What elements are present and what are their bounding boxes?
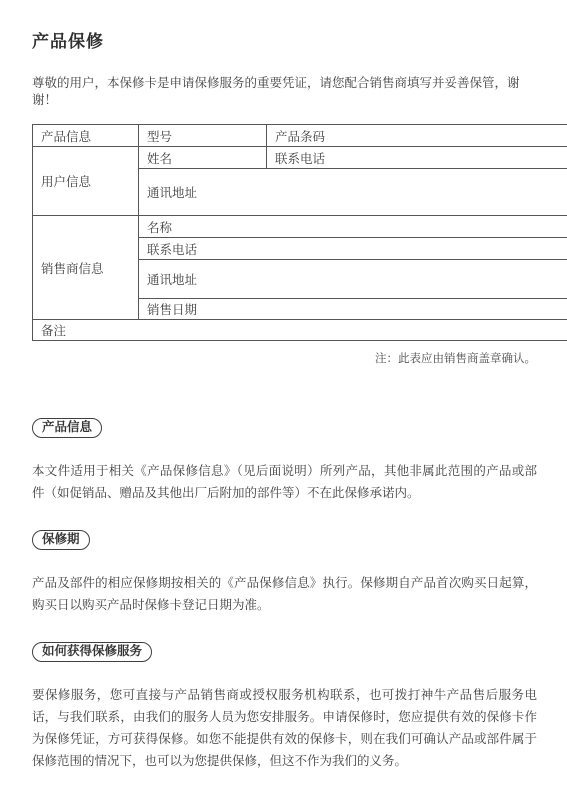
intro-text: 尊敬的用户，本保修卡是申请保修服务的重要凭证，请您配合销售商填写并妥善保管，谢谢… xyxy=(32,75,536,109)
page-title: 产品保修 xyxy=(32,32,536,52)
table-row-dealer-name: 销售商信息 名称 xyxy=(33,216,567,238)
cell-product-info-label: 产品信息 xyxy=(33,125,139,147)
cell-dealer-phone-label: 联系电话 xyxy=(139,238,567,260)
table-row-product: 产品信息 型号 产品条码 xyxy=(33,125,567,147)
section-heading-pill: 产品信息 xyxy=(32,418,102,438)
cell-user-address-label: 通讯地址 xyxy=(139,169,567,216)
section-heading-pill: 如何获得保修服务 xyxy=(32,642,152,662)
section-product-info: 产品信息 本文件适用于相关《产品保修信息》（见后面说明）所列产品，其他非属此范围… xyxy=(32,418,536,504)
table-row-remarks: 备注 xyxy=(33,320,567,341)
cell-user-phone-label: 联系电话 xyxy=(267,147,567,169)
cell-remarks-label: 备注 xyxy=(33,320,567,341)
cell-user-name-label: 姓名 xyxy=(139,147,267,169)
cell-model-label: 型号 xyxy=(139,125,267,147)
section-body-text: 要保修服务，您可直接与产品销售商或授权服务机构联系，也可拨打神牛产品售后服务电话… xyxy=(32,684,537,772)
section-body-text: 产品及部件的相应保修期按相关的《产品保修信息》执行。保修期自产品首次购买日起算，… xyxy=(32,572,537,616)
section-heading-pill: 保修期 xyxy=(32,530,90,550)
cell-dealer-name-label: 名称 xyxy=(139,216,567,238)
warranty-document-page: 产品保修 尊敬的用户，本保修卡是申请保修服务的重要凭证，请您配合销售商填写并妥善… xyxy=(0,0,567,794)
section-how-to-get-service: 如何获得保修服务 要保修服务，您可直接与产品销售商或授权服务机构联系，也可拨打神… xyxy=(32,642,536,772)
cell-dealer-info-label: 销售商信息 xyxy=(33,216,139,320)
section-warranty-period: 保修期 产品及部件的相应保修期按相关的《产品保修信息》执行。保修期自产品首次购买… xyxy=(32,530,536,616)
cell-user-info-label: 用户信息 xyxy=(33,147,139,216)
cell-sale-date-label: 销售日期 xyxy=(139,299,567,320)
section-body-text: 本文件适用于相关《产品保修信息》（见后面说明）所列产品，其他非属此范围的产品或部… xyxy=(32,460,537,504)
table-row-user-name: 用户信息 姓名 联系电话 xyxy=(33,147,567,169)
cell-dealer-address-label: 通讯地址 xyxy=(139,260,567,299)
cell-barcode-label: 产品条码 xyxy=(267,125,567,147)
table-stamp-note: 注：此表应由销售商盖章确认。 xyxy=(32,350,536,366)
warranty-info-table: 产品信息 型号 产品条码 用户信息 姓名 联系电话 通讯地址 销售商信息 名称 … xyxy=(32,124,567,341)
